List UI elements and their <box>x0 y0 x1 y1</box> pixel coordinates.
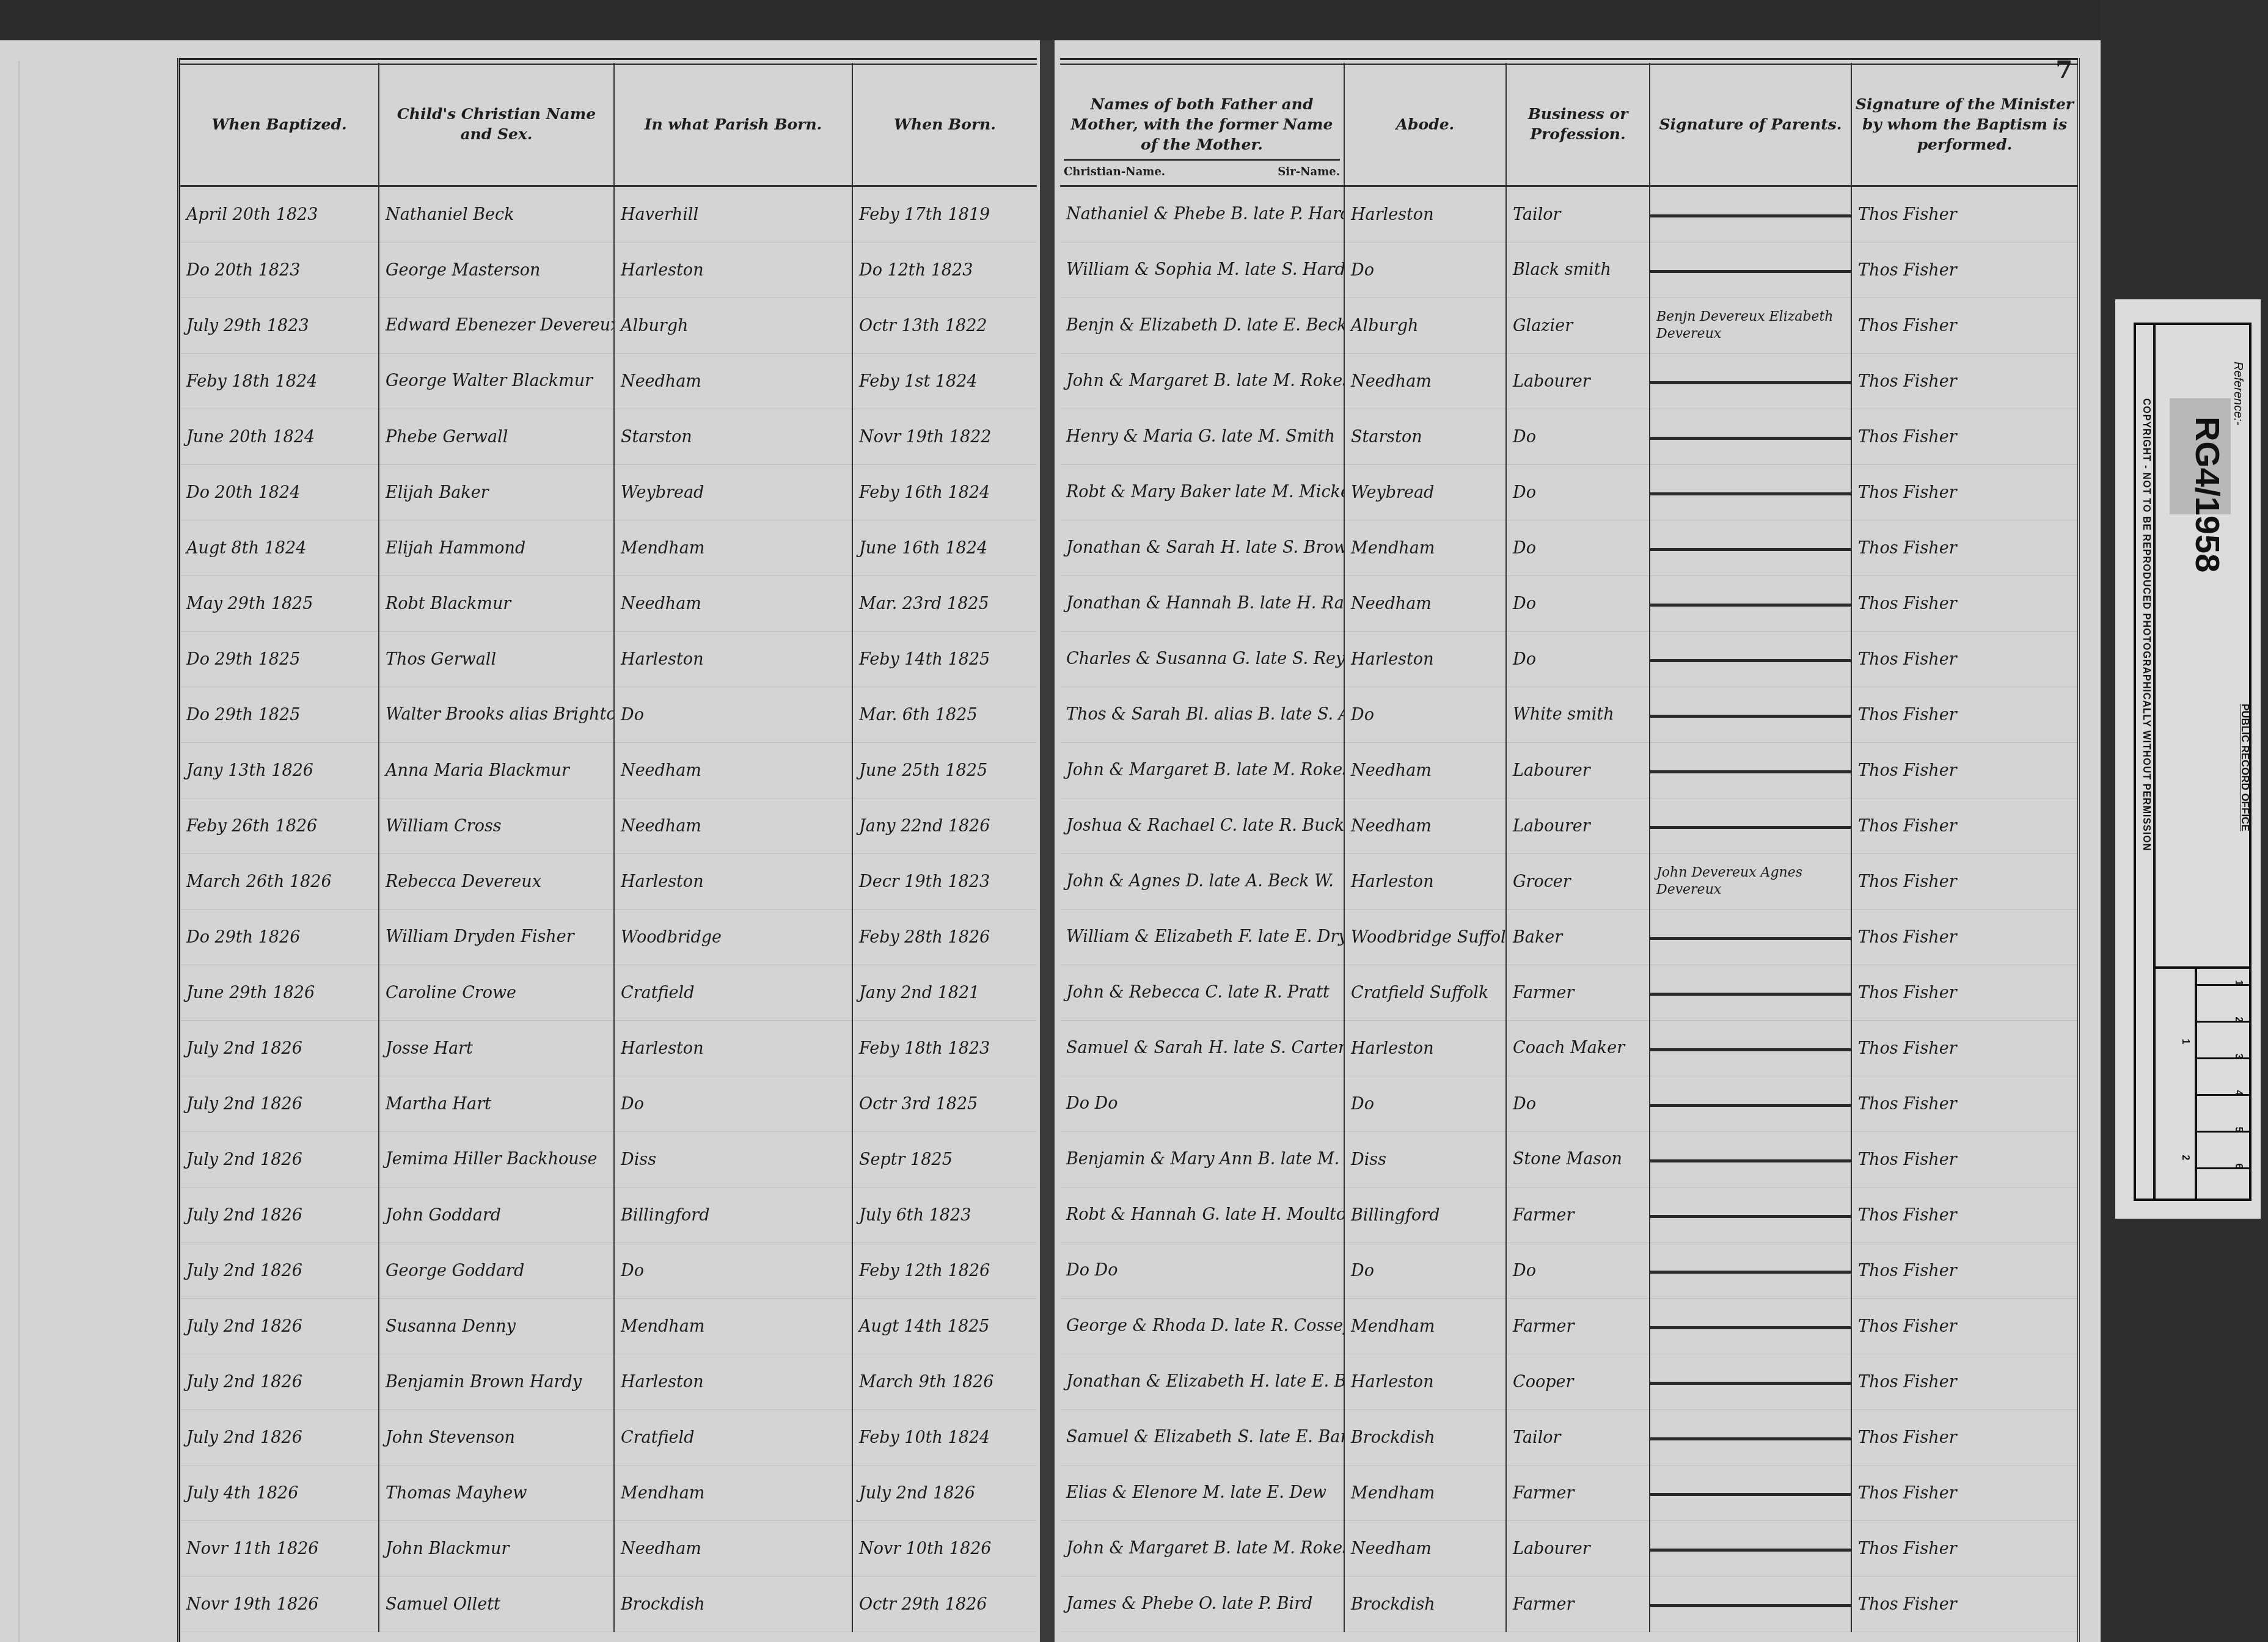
abode-cell: Harleston <box>1344 1021 1506 1076</box>
ruler-cm-label: 1 <box>2233 980 2244 986</box>
ruler-cm-label: 2 <box>2233 1017 2244 1023</box>
parents-signature-cell: John Devereux Agnes Devereux <box>1650 854 1851 910</box>
baptism-date-cell: July 2nd 1826 <box>180 1132 379 1188</box>
ruler-cm-label: 5 <box>2233 1127 2244 1133</box>
birth-date-cell: July 2nd 1826 <box>852 1465 1037 1521</box>
register-entry-row: July 29th 1823Edward Ebenezer DevereuxAl… <box>180 298 1037 354</box>
business-cell: Do <box>1506 520 1650 576</box>
abode-cell: Brockdish <box>1344 1410 1506 1465</box>
register-entry-row: Do 20th 1823George MastersonHarlestonDo … <box>180 243 1037 298</box>
blank-signature-rule <box>1650 214 1851 217</box>
parents-signature-cell <box>1650 409 1851 465</box>
left-header-row: When Baptized. Child's Christian Name an… <box>180 63 1037 186</box>
register-entry-row: William & Sophia M. late S. HardingDoBla… <box>1060 243 2077 298</box>
parents-names-cell: Robt & Mary Baker late M. Mickelburgh <box>1060 465 1344 520</box>
parents-signature-cell <box>1650 243 1851 298</box>
baptism-date-cell: Novr 11th 1826 <box>180 1521 379 1577</box>
register-entry-row: John & Margaret B. late M. RokesbyNeedha… <box>1060 743 2077 798</box>
minister-signature-cell: Thos Fisher <box>1851 1354 2077 1410</box>
register-entry-row: Elias & Elenore M. late E. DewMendhamFar… <box>1060 1465 2077 1521</box>
business-cell: Farmer <box>1506 1188 1650 1243</box>
subheader-christian-name: Christian-Name. <box>1064 162 1165 182</box>
register-entry-row: Do DoDoDoThos Fisher <box>1060 1076 2077 1132</box>
copyright-notice: COPYRIGHT - NOT TO BE REPRODUCED PHOTOGR… <box>2140 398 2151 851</box>
abode-cell: Needham <box>1344 1521 1506 1577</box>
register-entry-row: Jany 13th 1826Anna Maria BlackmurNeedham… <box>180 743 1037 798</box>
child-name-cell: Walter Brooks alias Brighton <box>379 687 614 743</box>
abode-cell: Needham <box>1344 576 1506 632</box>
parents-names-cell: George & Rhoda D. late R. Cossey <box>1060 1299 1344 1354</box>
register-entry-row: Benjamin & Mary Ann B. late M. A. Prenti… <box>1060 1132 2077 1188</box>
business-cell: Labourer <box>1506 743 1650 798</box>
left-register-body: April 20th 1823Nathaniel BeckHaverhillFe… <box>180 186 1037 1632</box>
birth-date-cell: Novr 19th 1822 <box>852 409 1037 465</box>
parents-signature: John Devereux Agnes Devereux <box>1656 864 1845 899</box>
business-cell: Labourer <box>1506 1521 1650 1577</box>
register-entry-row: Robt & Hannah G. late H. MoultonBillingf… <box>1060 1188 2077 1243</box>
abode-cell: Harleston <box>1344 1354 1506 1410</box>
birth-date-cell: Do 12th 1823 <box>852 243 1037 298</box>
business-cell: Do <box>1506 465 1650 520</box>
register-entry-row: March 26th 1826Rebecca DevereuxHarleston… <box>180 854 1037 910</box>
parents-signature-cell <box>1650 1243 1851 1299</box>
abode-cell: Billingford <box>1344 1188 1506 1243</box>
header-when-baptized: When Baptized. <box>180 63 379 186</box>
minister-signature-cell: Thos Fisher <box>1851 854 2077 910</box>
scan-top-border <box>0 0 2268 43</box>
birth-date-cell: Feby 16th 1824 <box>852 465 1037 520</box>
child-name-cell: George Walter Blackmur <box>379 354 614 409</box>
abode-cell: Mendham <box>1344 1299 1506 1354</box>
parents-names-cell: Henry & Maria G. late M. Smith <box>1060 409 1344 465</box>
blank-signature-rule <box>1650 937 1851 940</box>
child-name-cell: George Masterson <box>379 243 614 298</box>
birth-date-cell: Feby 14th 1825 <box>852 632 1037 687</box>
birth-date-cell: Decr 19th 1823 <box>852 854 1037 910</box>
register-entry-row: July 4th 1826Thomas MayhewMendhamJuly 2n… <box>180 1465 1037 1521</box>
register-entry-row: July 2nd 1826Susanna DennyMendhamAugt 14… <box>180 1299 1037 1354</box>
minister-signature-cell: Thos Fisher <box>1851 965 2077 1021</box>
parents-signature: Benjn Devereux Elizabeth Devereux <box>1656 308 1845 343</box>
ruler-cm-label: 3 <box>2233 1054 2244 1059</box>
business-cell: Baker <box>1506 910 1650 965</box>
minister-signature-cell: Thos Fisher <box>1851 1021 2077 1076</box>
blank-signature-rule <box>1650 1326 1851 1329</box>
abode-cell: Harleston <box>1344 632 1506 687</box>
register-entry-row: July 2nd 1826Martha HartDoOctr 3rd 1825 <box>180 1076 1037 1132</box>
birth-parish-cell: Do <box>614 687 852 743</box>
minister-signature-cell: Thos Fisher <box>1851 1132 2077 1188</box>
register-entry-row: Augt 8th 1824Elijah HammondMendhamJune 1… <box>180 520 1037 576</box>
header-signature-parents: Signature of Parents. <box>1650 63 1851 186</box>
parents-names-cell: Thos & Sarah Bl. alias B. late S. Adams <box>1060 687 1344 743</box>
register-entry-row: Jonathan & Sarah H. late S. BrownMendham… <box>1060 520 2077 576</box>
minister-signature-cell: Thos Fisher <box>1851 910 2077 965</box>
blank-signature-rule <box>1650 1215 1851 1218</box>
register-entry-row: July 2nd 1826John StevensonCratfieldFeby… <box>180 1410 1037 1465</box>
parents-names-cell: James & Phebe O. late P. Bird <box>1060 1577 1344 1632</box>
child-name-cell: Robt Blackmur <box>379 576 614 632</box>
birth-parish-cell: Needham <box>614 576 852 632</box>
minister-signature-cell: Thos Fisher <box>1851 1299 2077 1354</box>
register-entry-row: John & Margaret B. late M. RokesbyNeedha… <box>1060 1521 2077 1577</box>
parents-signature-cell <box>1650 520 1851 576</box>
left-page: When Baptized. Child's Christian Name an… <box>177 58 1037 1642</box>
birth-date-cell: Jany 22nd 1826 <box>852 798 1037 854</box>
parents-signature-cell <box>1650 1021 1851 1076</box>
baptism-date-cell: Do 29th 1825 <box>180 632 379 687</box>
public-record-office: PUBLIC RECORD OFFICE <box>2239 704 2251 831</box>
parents-names-cell: John & Margaret B. late M. Rokesby <box>1060 743 1344 798</box>
blank-signature-rule <box>1650 993 1851 996</box>
register-entry-row: John & Agnes D. late A. Beck W.Harleston… <box>1060 854 2077 910</box>
business-cell: White smith <box>1506 687 1650 743</box>
baptism-date-cell: Feby 18th 1824 <box>180 354 379 409</box>
birth-date-cell: June 25th 1825 <box>852 743 1037 798</box>
birth-parish-cell: Brockdish <box>614 1577 852 1632</box>
child-name-cell: William Dryden Fisher <box>379 910 614 965</box>
measurement-ruler: 1 2 3 4 5 6 1 2 <box>2153 966 2249 1201</box>
blank-signature-rule <box>1650 1104 1851 1107</box>
parents-signature-cell <box>1650 1354 1851 1410</box>
abode-cell: Brockdish <box>1344 1577 1506 1632</box>
birth-date-cell: Octr 29th 1826 <box>852 1577 1037 1632</box>
register-entry-row: June 29th 1826Caroline CroweCratfieldJan… <box>180 965 1037 1021</box>
business-cell: Labourer <box>1506 354 1650 409</box>
abode-cell: Woodbridge Suffolk <box>1344 910 1506 965</box>
blank-signature-rule <box>1650 604 1851 607</box>
register-entry-row: May 29th 1825Robt BlackmurNeedhamMar. 23… <box>180 576 1037 632</box>
register-entry-row: July 2nd 1826Jemima Hiller BackhouseDiss… <box>180 1132 1037 1188</box>
register-entry-row: July 2nd 1826Benjamin Brown HardyHarlest… <box>180 1354 1037 1410</box>
child-name-cell: Martha Hart <box>379 1076 614 1132</box>
minister-signature-cell: Thos Fisher <box>1851 1188 2077 1243</box>
birth-date-cell: Feby 28th 1826 <box>852 910 1037 965</box>
minister-signature-cell: Thos Fisher <box>1851 465 2077 520</box>
parents-signature-cell <box>1650 1577 1851 1632</box>
business-cell: Farmer <box>1506 1577 1650 1632</box>
book-gutter <box>1040 40 1055 1642</box>
parents-signature-cell <box>1650 1076 1851 1132</box>
register-entry-row: Novr 19th 1826Samuel OllettBrockdishOctr… <box>180 1577 1037 1632</box>
minister-signature-cell: Thos Fisher <box>1851 632 2077 687</box>
register-entry-row: Robt & Mary Baker late M. MickelburghWey… <box>1060 465 2077 520</box>
baptism-date-cell: July 2nd 1826 <box>180 1354 379 1410</box>
minister-signature-cell: Thos Fisher <box>1851 1410 2077 1465</box>
child-name-cell: Phebe Gerwall <box>379 409 614 465</box>
child-name-cell: Rebecca Devereux <box>379 854 614 910</box>
business-cell: Cooper <box>1506 1354 1650 1410</box>
parents-signature-cell <box>1650 1465 1851 1521</box>
business-cell: Do <box>1506 632 1650 687</box>
birth-parish-cell: Starston <box>614 409 852 465</box>
parents-names-cell: Do Do <box>1060 1243 1344 1299</box>
parents-signature-cell <box>1650 465 1851 520</box>
ruler-inch-label: 2 <box>2179 1155 2190 1161</box>
parents-signature-cell <box>1650 910 1851 965</box>
register-entry-row: Samuel & Sarah H. late S. CarterHarlesto… <box>1060 1021 2077 1076</box>
ruler-cm-label: 6 <box>2233 1164 2244 1169</box>
child-name-cell: Thomas Mayhew <box>379 1465 614 1521</box>
abode-cell: Do <box>1344 243 1506 298</box>
right-page: 7 Names of both Father and Mother, with … <box>1060 58 2080 1642</box>
blank-signature-rule <box>1650 1159 1851 1162</box>
child-name-cell: William Cross <box>379 798 614 854</box>
parents-names-cell: Jonathan & Sarah H. late S. Brown <box>1060 520 1344 576</box>
birth-parish-cell: Harleston <box>614 1354 852 1410</box>
abode-cell: Harleston <box>1344 854 1506 910</box>
register-entry-row: Feby 18th 1824George Walter BlackmurNeed… <box>180 354 1037 409</box>
parents-signature-cell <box>1650 743 1851 798</box>
business-cell: Tailor <box>1506 186 1650 243</box>
abode-cell: Diss <box>1344 1132 1506 1188</box>
parents-signature-cell: Benjn Devereux Elizabeth Devereux <box>1650 298 1851 354</box>
parents-names-cell: Benjn & Elizabeth D. late E. Beck <box>1060 298 1344 354</box>
parents-signature-cell <box>1650 354 1851 409</box>
minister-signature-cell: Thos Fisher <box>1851 409 2077 465</box>
child-name-cell: Samuel Ollett <box>379 1577 614 1632</box>
baptism-date-cell: May 29th 1825 <box>180 576 379 632</box>
register-entry-row: James & Phebe O. late P. BirdBrockdishFa… <box>1060 1577 2077 1632</box>
blank-signature-rule <box>1650 437 1851 440</box>
register-entry-row: Thos & Sarah Bl. alias B. late S. AdamsD… <box>1060 687 2077 743</box>
baptism-date-cell: March 26th 1826 <box>180 854 379 910</box>
archive-reference-card: Reference:- RG4/1958 PUBLIC RECORD OFFIC… <box>2115 299 2261 1219</box>
parents-names-cell: Robt & Hannah G. late H. Moulton <box>1060 1188 1344 1243</box>
blank-signature-rule <box>1650 1048 1851 1051</box>
blank-signature-rule <box>1650 270 1851 273</box>
bleed-through-margin <box>18 61 166 1642</box>
baptism-date-cell: July 2nd 1826 <box>180 1021 379 1076</box>
birth-parish-cell: Harleston <box>614 1021 852 1076</box>
abode-cell: Harleston <box>1344 186 1506 243</box>
birth-date-cell: July 6th 1823 <box>852 1188 1037 1243</box>
business-cell: Black smith <box>1506 243 1650 298</box>
business-cell: Farmer <box>1506 965 1650 1021</box>
header-abode: Abode. <box>1344 63 1506 186</box>
abode-cell: Starston <box>1344 409 1506 465</box>
register-entry-row: July 2nd 1826George GoddardDoFeby 12th 1… <box>180 1243 1037 1299</box>
birth-parish-cell: Needham <box>614 798 852 854</box>
register-entry-row: Nathaniel & Phebe B. late P. HardingHarl… <box>1060 186 2077 243</box>
baptism-date-cell: June 29th 1826 <box>180 965 379 1021</box>
baptism-date-cell: July 2nd 1826 <box>180 1410 379 1465</box>
birth-parish-cell: Mendham <box>614 520 852 576</box>
parents-signature-cell <box>1650 186 1851 243</box>
baptism-date-cell: July 2nd 1826 <box>180 1076 379 1132</box>
business-cell: Labourer <box>1506 798 1650 854</box>
header-parents-subheader: Christian-Name. Sir-Name. <box>1064 159 1340 183</box>
birth-parish-cell: Weybread <box>614 465 852 520</box>
blank-signature-rule <box>1650 381 1851 384</box>
blank-signature-rule <box>1650 659 1851 662</box>
baptism-date-cell: Do 20th 1824 <box>180 465 379 520</box>
birth-parish-cell: Needham <box>614 743 852 798</box>
child-name-cell: John Goddard <box>379 1188 614 1243</box>
birth-parish-cell: Billingford <box>614 1188 852 1243</box>
parents-names-cell: Samuel & Sarah H. late S. Carter <box>1060 1021 1344 1076</box>
register-entry-row: Henry & Maria G. late M. SmithStarstonDo… <box>1060 409 2077 465</box>
parents-signature-cell <box>1650 965 1851 1021</box>
abode-cell: Do <box>1344 1076 1506 1132</box>
blank-signature-rule <box>1650 548 1851 551</box>
birth-parish-cell: Cratfield <box>614 1410 852 1465</box>
parents-names-cell: Elias & Elenore M. late E. Dew <box>1060 1465 1344 1521</box>
register-entry-row: William & Elizabeth F. late E. DrydenWoo… <box>1060 910 2077 965</box>
parents-names-cell: Do Do <box>1060 1076 1344 1132</box>
birth-parish-cell: Do <box>614 1243 852 1299</box>
child-name-cell: Josse Hart <box>379 1021 614 1076</box>
child-name-cell: Nathaniel Beck <box>379 186 614 243</box>
parents-signature-cell <box>1650 687 1851 743</box>
register-entry-row: Samuel & Elizabeth S. late E. BarberBroc… <box>1060 1410 2077 1465</box>
birth-parish-cell: Needham <box>614 1521 852 1577</box>
business-cell: Do <box>1506 409 1650 465</box>
birth-date-cell: Mar. 6th 1825 <box>852 687 1037 743</box>
business-cell: Do <box>1506 1243 1650 1299</box>
parents-signature-cell <box>1650 632 1851 687</box>
blank-signature-rule <box>1650 1437 1851 1440</box>
parents-signature-cell <box>1650 1132 1851 1188</box>
blank-signature-rule <box>1650 826 1851 829</box>
business-cell: Do <box>1506 576 1650 632</box>
header-parish-born: In what Parish Born. <box>614 63 852 186</box>
child-name-cell: Elijah Baker <box>379 465 614 520</box>
minister-signature-cell: Thos Fisher <box>1851 1076 2077 1132</box>
register-entry-row: Benjn & Elizabeth D. late E. BeckAlburgh… <box>1060 298 2077 354</box>
register-entry-row: Do 20th 1824Elijah BakerWeybreadFeby 16t… <box>180 465 1037 520</box>
business-cell: Coach Maker <box>1506 1021 1650 1076</box>
header-child-name: Child's Christian Name and Sex. <box>379 63 614 186</box>
register-entry-row: July 2nd 1826Josse HartHarlestonFeby 18t… <box>180 1021 1037 1076</box>
parents-names-cell: Charles & Susanna G. late S. Reynolds <box>1060 632 1344 687</box>
register-entry-row: June 20th 1824Phebe GerwallStarstonNovr … <box>180 409 1037 465</box>
ruler-cm-label: 4 <box>2233 1090 2244 1096</box>
birth-date-cell: Feby 1st 1824 <box>852 354 1037 409</box>
birth-date-cell: Octr 3rd 1825 <box>852 1076 1037 1132</box>
baptism-date-cell: Do 20th 1823 <box>180 243 379 298</box>
baptism-date-cell: Augt 8th 1824 <box>180 520 379 576</box>
reference-label: Reference:- <box>2231 362 2245 426</box>
blank-signature-rule <box>1650 1604 1851 1607</box>
register-entry-row: Feby 26th 1826William CrossNeedhamJany 2… <box>180 798 1037 854</box>
register-entry-row: Do 29th 1826William Dryden FisherWoodbri… <box>180 910 1037 965</box>
right-register-body: Nathaniel & Phebe B. late P. HardingHarl… <box>1060 186 2077 1632</box>
register-entry-row: George & Rhoda D. late R. CosseyMendhamF… <box>1060 1299 2077 1354</box>
parents-signature-cell <box>1650 1299 1851 1354</box>
birth-parish-cell: Mendham <box>614 1465 852 1521</box>
register-entry-row: Novr 11th 1826John BlackmurNeedhamNovr 1… <box>180 1521 1037 1577</box>
birth-parish-cell: Needham <box>614 354 852 409</box>
blank-signature-rule <box>1650 770 1851 773</box>
parents-names-cell: John & Margaret B. late M. Rokesby <box>1060 1521 1344 1577</box>
reference-card-frame: Reference:- RG4/1958 PUBLIC RECORD OFFIC… <box>2134 323 2252 1201</box>
minister-signature-cell: Thos Fisher <box>1851 354 2077 409</box>
child-name-cell: Edward Ebenezer Devereux <box>379 298 614 354</box>
register-entry-row: Do 29th 1825Walter Brooks alias Brighton… <box>180 687 1037 743</box>
business-cell: Glazier <box>1506 298 1650 354</box>
parents-names-cell: Samuel & Elizabeth S. late E. Barber <box>1060 1410 1344 1465</box>
baptism-date-cell: July 29th 1823 <box>180 298 379 354</box>
right-register-table: Names of both Father and Mother, with th… <box>1060 63 2077 1632</box>
baptism-date-cell: July 4th 1826 <box>180 1465 379 1521</box>
birth-parish-cell: Diss <box>614 1132 852 1188</box>
parents-names-cell: Nathaniel & Phebe B. late P. Harding <box>1060 186 1344 243</box>
minister-signature-cell: Thos Fisher <box>1851 687 2077 743</box>
business-cell: Grocer <box>1506 854 1650 910</box>
register-entry-row: Jonathan & Elizabeth H. late E. BrownHar… <box>1060 1354 2077 1410</box>
register-entry-row: Jonathan & Hannah B. late H. RayNeedhamD… <box>1060 576 2077 632</box>
birth-date-cell: Octr 13th 1822 <box>852 298 1037 354</box>
blank-signature-rule <box>1650 715 1851 718</box>
blank-signature-rule <box>1650 1549 1851 1552</box>
register-entry-row: Do 29th 1825Thos GerwallHarlestonFeby 14… <box>180 632 1037 687</box>
parents-signature-cell <box>1650 1521 1851 1577</box>
left-register-table: When Baptized. Child's Christian Name an… <box>180 63 1037 1632</box>
baptism-date-cell: Feby 26th 1826 <box>180 798 379 854</box>
minister-signature-cell: Thos Fisher <box>1851 1465 2077 1521</box>
birth-parish-cell: Do <box>614 1076 852 1132</box>
abode-cell: Needham <box>1344 798 1506 854</box>
business-cell: Tailor <box>1506 1410 1650 1465</box>
child-name-cell: Benjamin Brown Hardy <box>379 1354 614 1410</box>
abode-cell: Mendham <box>1344 520 1506 576</box>
baptism-date-cell: July 2nd 1826 <box>180 1243 379 1299</box>
business-cell: Do <box>1506 1076 1650 1132</box>
parents-names-cell: Jonathan & Elizabeth H. late E. Brown <box>1060 1354 1344 1410</box>
parents-names-cell: William & Sophia M. late S. Harding <box>1060 243 1344 298</box>
child-name-cell: John Stevenson <box>379 1410 614 1465</box>
parents-names-cell: John & Rebecca C. late R. Pratt <box>1060 965 1344 1021</box>
birth-parish-cell: Woodbridge <box>614 910 852 965</box>
abode-cell: Cratfield Suffolk <box>1344 965 1506 1021</box>
parents-names-cell: John & Agnes D. late A. Beck W. <box>1060 854 1344 910</box>
birth-date-cell: Septr 1825 <box>852 1132 1037 1188</box>
minister-signature-cell: Thos Fisher <box>1851 298 2077 354</box>
birth-parish-cell: Haverhill <box>614 186 852 243</box>
child-name-cell: Elijah Hammond <box>379 520 614 576</box>
register-entry-row: April 20th 1823Nathaniel BeckHaverhillFe… <box>180 186 1037 243</box>
abode-cell: Mendham <box>1344 1465 1506 1521</box>
birth-date-cell: Feby 12th 1826 <box>852 1243 1037 1299</box>
birth-date-cell: Feby 10th 1824 <box>852 1410 1037 1465</box>
header-parents-names-text: Names of both Father and Mother, with th… <box>1071 95 1333 153</box>
register-entry-row: Charles & Susanna G. late S. ReynoldsHar… <box>1060 632 2077 687</box>
parents-names-cell: Jonathan & Hannah B. late H. Ray <box>1060 576 1344 632</box>
abode-cell: Alburgh <box>1344 298 1506 354</box>
ruler-inch-label: 1 <box>2179 1039 2190 1045</box>
birth-date-cell: Mar. 23rd 1825 <box>852 576 1037 632</box>
birth-date-cell: June 16th 1824 <box>852 520 1037 576</box>
minister-signature-cell: Thos Fisher <box>1851 243 2077 298</box>
parents-signature-cell <box>1650 1410 1851 1465</box>
business-cell: Farmer <box>1506 1299 1650 1354</box>
birth-parish-cell: Alburgh <box>614 298 852 354</box>
register-entry-row: Do DoDoDoThos Fisher <box>1060 1243 2077 1299</box>
abode-cell: Needham <box>1344 354 1506 409</box>
birth-parish-cell: Harleston <box>614 632 852 687</box>
child-name-cell: Jemima Hiller Backhouse <box>379 1132 614 1188</box>
register-entry-row: Joshua & Rachael C. late R. BuckenhamNee… <box>1060 798 2077 854</box>
register-entry-row: July 2nd 1826John GoddardBillingfordJuly… <box>180 1188 1037 1243</box>
parents-signature-cell <box>1650 576 1851 632</box>
header-minister-signature: Signature of the Minister by whom the Ba… <box>1851 63 2077 186</box>
header-business: Business or Profession. <box>1506 63 1650 186</box>
header-when-born: When Born. <box>852 63 1037 186</box>
minister-signature-cell: Thos Fisher <box>1851 1521 2077 1577</box>
child-name-cell: Susanna Denny <box>379 1299 614 1354</box>
child-name-cell: John Blackmur <box>379 1521 614 1577</box>
